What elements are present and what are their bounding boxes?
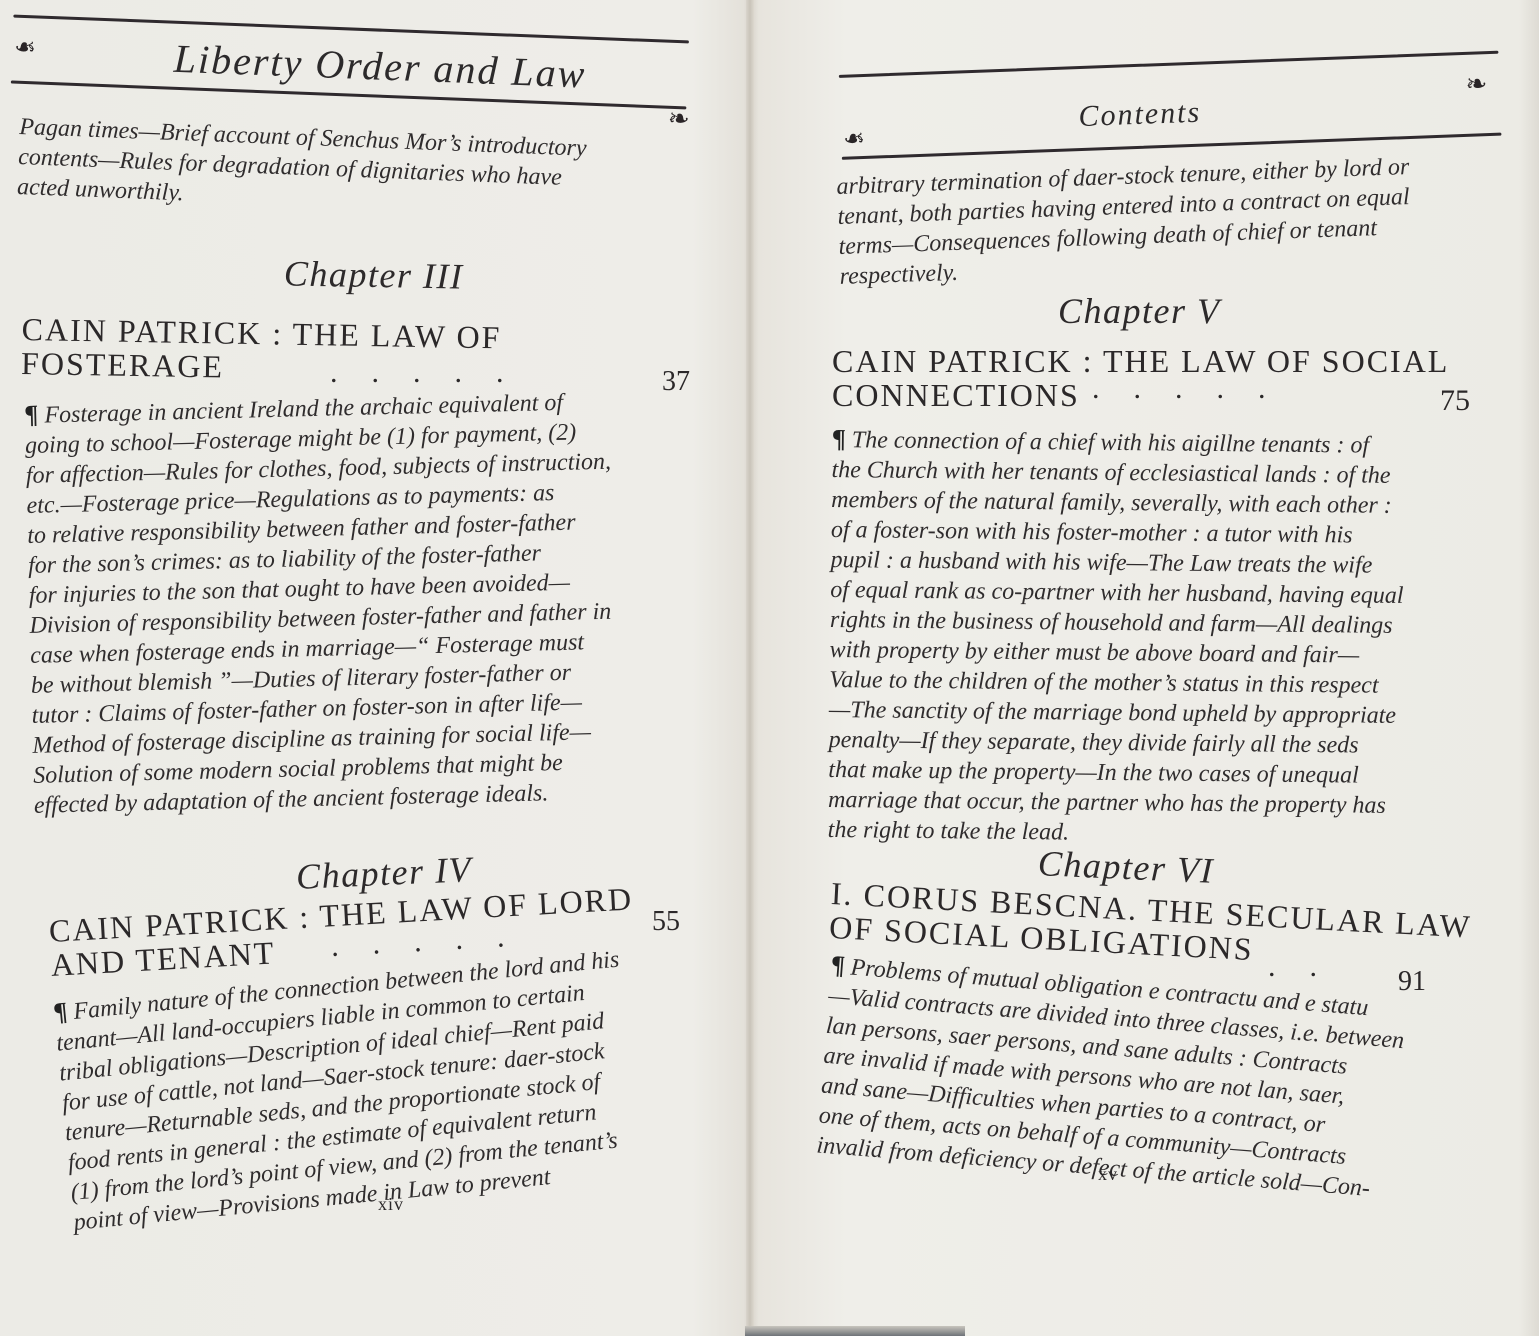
chapter-label: Chapter VI — [1037, 842, 1215, 892]
paragraph-mark-icon: ¶ — [830, 950, 846, 980]
fleuron-ornament-icon: ❧ — [667, 106, 690, 133]
header-top-rule — [13, 15, 689, 44]
continued-summary: arbitrary termination of daer-stock tenu… — [836, 152, 1413, 292]
paragraph-mark-icon: ¶ — [24, 400, 39, 429]
paragraph-mark-icon: ¶ — [832, 424, 846, 453]
dot-leader: ..... — [330, 356, 538, 390]
right-running-head: ❧ Contents ❧ — [752, 0, 1539, 150]
chapter-label: Chapter III — [284, 252, 464, 297]
header-top-rule — [839, 51, 1499, 78]
dot-leader: ..... — [1092, 372, 1300, 406]
page-folio: xv — [1098, 1164, 1118, 1185]
dot-leader: .. — [1268, 950, 1351, 984]
chapter-summary: ¶Fosterage in ancient Ireland the archai… — [24, 386, 619, 821]
chapter-page-number: 55 — [652, 906, 680, 938]
fleuron-ornament-icon: ❧ — [1465, 71, 1488, 98]
chapter-page-number: 75 — [1440, 384, 1470, 418]
book-bottom-edge — [745, 1326, 965, 1336]
chapter-label: Chapter V — [1058, 290, 1221, 332]
chapter-page-number: 91 — [1398, 966, 1426, 998]
right-page: ❧ Contents ❧ arbitrary termination of da… — [752, 0, 1539, 1336]
fleuron-ornament-icon: ❧ — [14, 35, 37, 62]
page-folio: xiv — [378, 1194, 404, 1215]
chapter-summary: ¶The connection of a chief with his aigi… — [828, 424, 1406, 851]
running-head-title: Contents — [1078, 96, 1202, 134]
left-page: ❧ Liberty Order and Law ❧ Pagan times—Br… — [0, 0, 748, 1336]
open-book-spread: ❧ Liberty Order and Law ❧ Pagan times—Br… — [0, 0, 1539, 1336]
paragraph-mark-icon: ¶ — [52, 997, 69, 1027]
chapter-page-number: 37 — [662, 366, 690, 398]
fleuron-ornament-icon: ❧ — [843, 126, 866, 153]
chapter-summary: ¶Family nature of the connection between… — [52, 944, 641, 1238]
page-edge — [1519, 0, 1539, 1336]
